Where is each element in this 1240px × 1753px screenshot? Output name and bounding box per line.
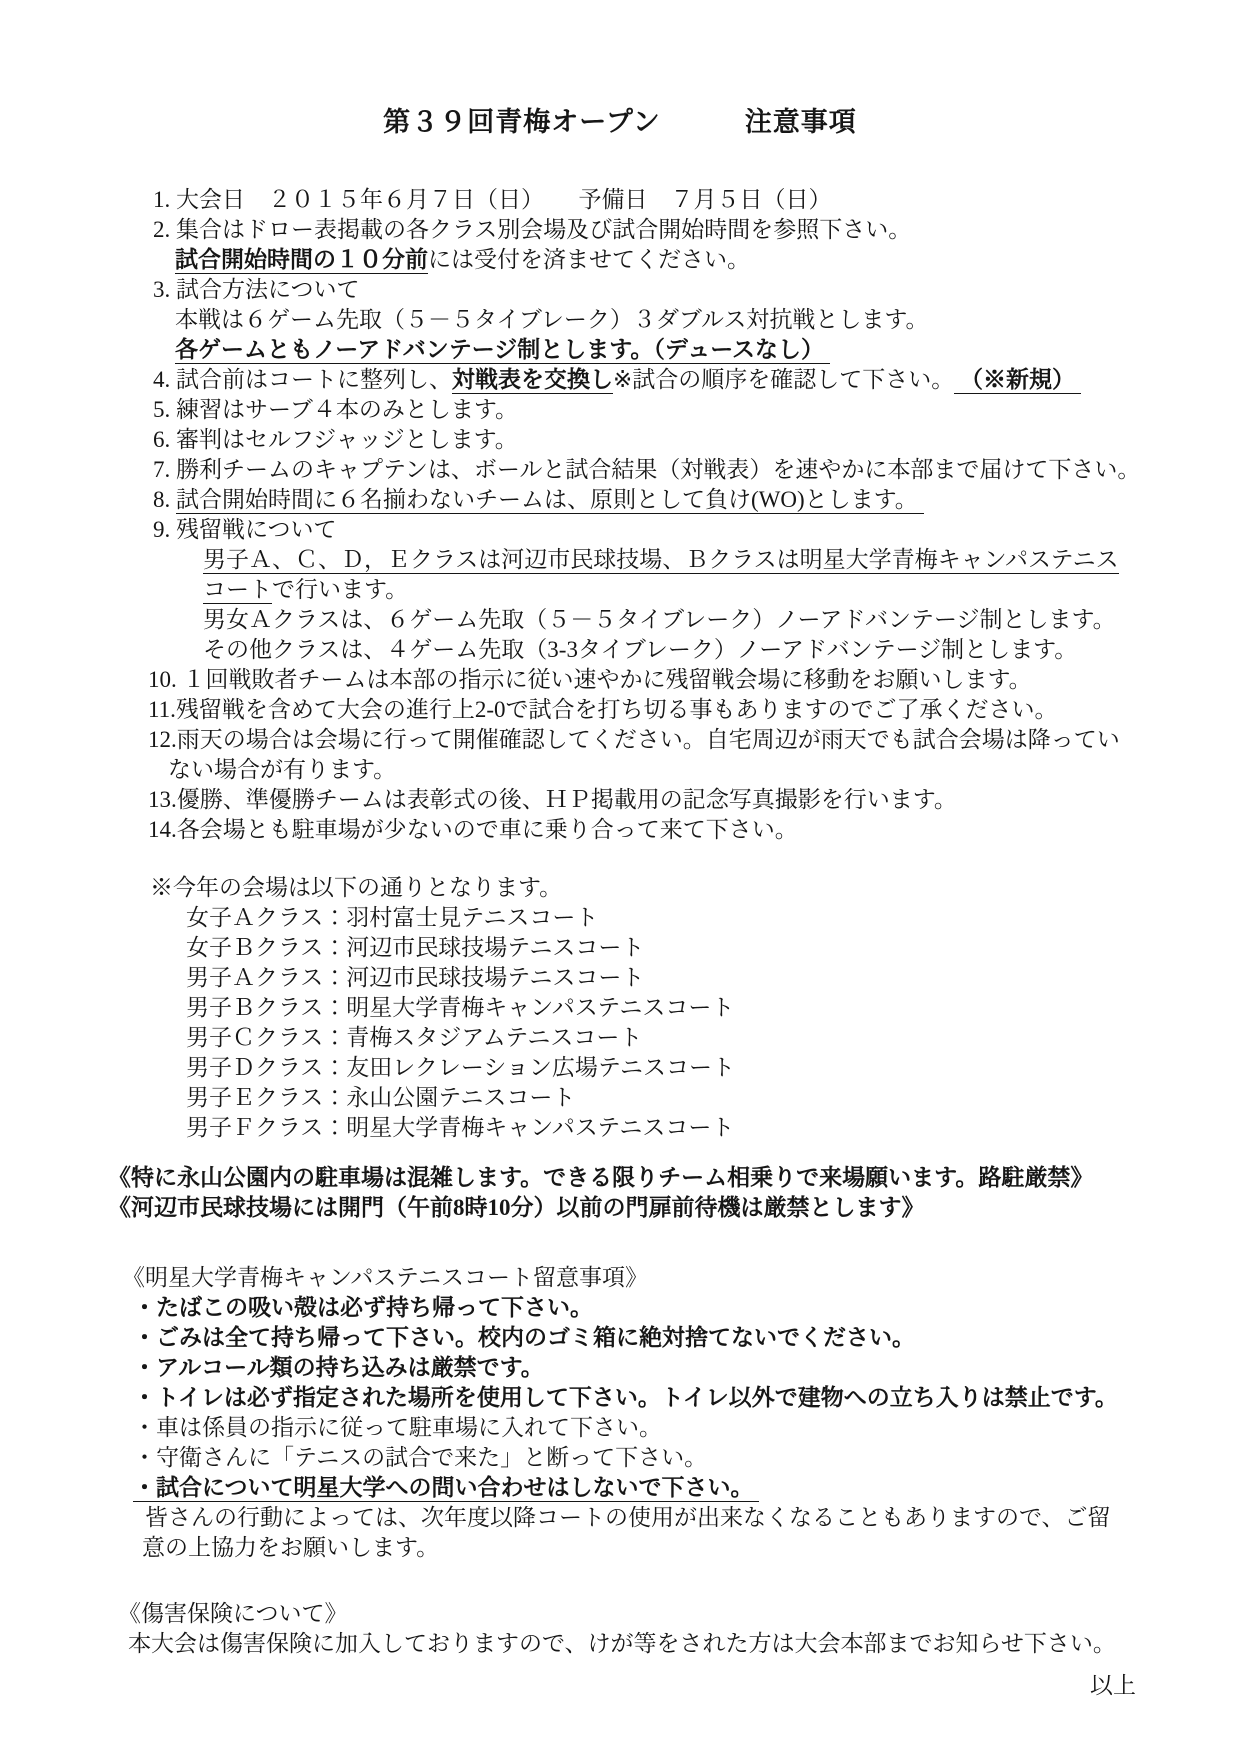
text-run: （※新規） bbox=[954, 367, 1081, 394]
list-item-8: 8. 試合開始時間に６名揃わないチームは、原則として負け(WO)とします。 bbox=[0, 485, 1240, 515]
text-run: 男女Ａクラスは、６ゲーム先取（５－５タイブレーク）ノーアドバンテージ制とします。 bbox=[203, 607, 1116, 632]
text-run: ・アルコール類の持ち込みは厳禁です。 bbox=[133, 1355, 544, 1380]
text-run: 女子Ａクラス：羽村富士見テニスコート bbox=[186, 905, 598, 930]
text-run: で行います。 bbox=[272, 577, 408, 602]
bullet-item: ・アルコール類の持ち込みは厳禁です。 bbox=[0, 1353, 1240, 1383]
list-item-9-continuation: 男子Ａ、Ｃ、Ｄ，Ｅクラスは河辺市民球技場、Ｂクラスは明星大学青梅キャンパステニス bbox=[0, 545, 1240, 575]
bullet-item: ・トイレは必ず指定された場所を使用して下さい。トイレ以外で建物への立ち入りは禁止… bbox=[0, 1383, 1240, 1413]
venue-item: 男子Ｂクラス：明星大学青梅キャンパステニスコート bbox=[0, 993, 1240, 1023]
text-run: コート bbox=[203, 577, 272, 604]
text-run: 男子Ａ、Ｃ、Ｄ，Ｅクラスは河辺市民球技場、Ｂクラスは明星大学青梅キャンパステニス bbox=[203, 547, 1119, 574]
text-run: 試合開始時間に６名揃わないチームは、原則として負け(WO)とします。 bbox=[176, 487, 924, 514]
page-title: 第３９回青梅オープン 注意事項 bbox=[0, 100, 1240, 139]
document-page: 第３９回青梅オープン 注意事項 1. 大会日 ２０１５年６月７日（日） 予備日 … bbox=[0, 0, 1240, 1753]
document-body: 1. 大会日 ２０１５年６月７日（日） 予備日 ７月５日（日）2. 集合はドロー… bbox=[0, 185, 1240, 1701]
text-run: 9. 残留戦について bbox=[153, 517, 337, 542]
gate-warning-note: 《河辺市民球技場には開門（午前8時10分）以前の門扉前待機は厳禁とします》 bbox=[0, 1193, 1240, 1223]
text-run: 男子Ｂクラス：明星大学青梅キャンパステニスコート bbox=[186, 995, 734, 1020]
text-run: ・トイレは必ず指定された場所を使用して下さい。トイレ以外で建物への立ち入りは禁止… bbox=[133, 1385, 1118, 1410]
text-run: 対戦表を交換し bbox=[452, 367, 613, 394]
bullet-item: ・車は係員の指示に従って駐車場に入れて下さい。 bbox=[0, 1413, 1240, 1443]
paragraph: 本大会は傷害保険に加入しておりますので、けが等をされた方は大会本部までお知らせ下… bbox=[0, 1629, 1240, 1659]
text-run: 以上 bbox=[1090, 1673, 1136, 1698]
text-run: 本戦は６ゲーム先取（５－５タイブレーク）３ダブルス対抗戦とします。 bbox=[175, 307, 928, 332]
venue-item: 男子Ｄクラス：友田レクレーション広場テニスコート bbox=[0, 1053, 1240, 1083]
venue-item: 男子Ｃクラス：青梅スタジアムテニスコート bbox=[0, 1023, 1240, 1053]
text-run: ・車は係員の指示に従って駐車場に入れて下さい。 bbox=[133, 1415, 662, 1440]
text-run: 《傷害保険について》 bbox=[118, 1601, 348, 1626]
text-run: ・たばこの吸い殻は必ず持ち帰って下さい。 bbox=[133, 1295, 593, 1320]
text-run: 皆さんの行動によっては、次年度以降コートの使用が出来なくなることもありますので、… bbox=[145, 1505, 1111, 1530]
text-run: 試合開始時間の１０分前 bbox=[175, 247, 428, 274]
text-run: その他クラスは、４ゲーム先取（3-3タイブレーク）ノーアドバンテージ制とします。 bbox=[203, 637, 1077, 662]
list-item-2-continuation: 試合開始時間の１０分前には受付を済ませてください。 bbox=[0, 245, 1240, 275]
text-run: 3. 試合方法について bbox=[153, 277, 360, 302]
venue-item: 女子Ｂクラス：河辺市民球技場テニスコート bbox=[0, 933, 1240, 963]
text-run: 男子Ｄクラス：友田レクレーション広場テニスコート bbox=[186, 1055, 735, 1080]
text-run: 6. 審判はセルフジャッジとします。 bbox=[153, 427, 518, 452]
text-run: ない場合が有ります。 bbox=[168, 757, 396, 782]
text-run: 男子Ｆクラス：明星大学青梅キャンパステニスコート bbox=[186, 1115, 734, 1140]
text-run: ・守衛さんに「テニスの試合で来た」と断って下さい。 bbox=[133, 1445, 707, 1470]
text-run: 11.残留戦を含めて大会の進行上2-0で試合を打ち切る事もありますのでご了承くだ… bbox=[148, 697, 1058, 722]
text-run: 1. 大会日 ２０１５年６月７日（日） 予備日 ７月５日（日） bbox=[153, 187, 832, 212]
list-item-5: 5. 練習はサーブ４本のみとします。 bbox=[0, 395, 1240, 425]
text-run: 各ゲームともノーアドバンテージ制とします。（デュースなし） bbox=[175, 337, 830, 364]
list-item-1: 1. 大会日 ２０１５年６月７日（日） 予備日 ７月５日（日） bbox=[0, 185, 1240, 215]
list-item-9-continuation: 男女Ａクラスは、６ゲーム先取（５－５タイブレーク）ノーアドバンテージ制とします。 bbox=[0, 605, 1240, 635]
list-item-2: 2. 集合はドロー表掲載の各クラス別会場及び試合開始時間を参照下さい。 bbox=[0, 215, 1240, 245]
text-run: 本大会は傷害保険に加入しておりますので、けが等をされた方は大会本部までお知らせ下… bbox=[128, 1631, 1116, 1656]
text-run: 12.雨天の場合は会場に行って開催確認してください。自宅周辺が雨天でも試合会場は… bbox=[148, 727, 1120, 752]
text-run: ※今年の会場は以下の通りとなります。 bbox=[150, 875, 562, 900]
text-run: 《明星大学青梅キャンパステニスコート留意事項》 bbox=[122, 1265, 648, 1290]
list-item-4: 4. 試合前はコートに整列し、対戦表を交換し※試合の順序を確認して下さい。 （※… bbox=[0, 365, 1240, 395]
list-item-6: 6. 審判はセルフジャッジとします。 bbox=[0, 425, 1240, 455]
list-item-3-continuation: 本戦は６ゲーム先取（５－５タイブレーク）３ダブルス対抗戦とします。 bbox=[0, 305, 1240, 335]
text-run: 2. 集合はドロー表掲載の各クラス別会場及び試合開始時間を参照下さい。 bbox=[153, 217, 911, 242]
text-run: 10. １回戦敗者チームは本部の指示に従い速やかに残留戦会場に移動をお願いします… bbox=[148, 667, 1032, 692]
bullet-item: ・たばこの吸い殻は必ず持ち帰って下さい。 bbox=[0, 1293, 1240, 1323]
parking-warning-note: 《特に永山公園内の駐車場は混雑します。できる限りチーム相乗りで来場願います。路駐… bbox=[0, 1163, 1240, 1193]
bullet-item: ・試合について明星大学への問い合わせはしないで下さい。 bbox=[0, 1473, 1240, 1503]
list-item-9-continuation: その他クラスは、４ゲーム先取（3-3タイブレーク）ノーアドバンテージ制とします。 bbox=[0, 635, 1240, 665]
text-run: 13.優勝、準優勝チームは表彰式の後、ＨＰ掲載用の記念写真撮影を行います。 bbox=[148, 787, 957, 812]
text-run: ※試合の順序を確認して下さい。 bbox=[613, 367, 954, 392]
list-item-11: 11.残留戦を含めて大会の進行上2-0で試合を打ち切る事もありますのでご了承くだ… bbox=[0, 695, 1240, 725]
list-item-3: 3. 試合方法について bbox=[0, 275, 1240, 305]
venue-item: 男子Ａクラス：河辺市民球技場テニスコート bbox=[0, 963, 1240, 993]
text-run: 《河辺市民球技場には開門（午前8時10分）以前の門扉前待機は厳禁とします》 bbox=[108, 1195, 925, 1220]
text-run: ・ごみは全て持ち帰って下さい。校内のゴミ箱に絶対捨てないでください。 bbox=[133, 1325, 915, 1350]
list-item-3-continuation: 各ゲームともノーアドバンテージ制とします。（デュースなし） bbox=[0, 335, 1240, 365]
list-item-12: 12.雨天の場合は会場に行って開催確認してください。自宅周辺が雨天でも試合会場は… bbox=[0, 725, 1240, 755]
text-run: 意の上協力をお願いします。 bbox=[142, 1535, 439, 1560]
text-run: 8. bbox=[153, 487, 176, 512]
list-item-10: 10. １回戦敗者チームは本部の指示に従い速やかに残留戦会場に移動をお願いします… bbox=[0, 665, 1240, 695]
text-run: 男子Ｃクラス：青梅スタジアムテニスコート bbox=[186, 1025, 642, 1050]
text-run: 《特に永山公園内の駐車場は混雑します。できる限りチーム相乗りで来場願います。路駐… bbox=[108, 1165, 1093, 1190]
list-item-9-continuation: コートで行います。 bbox=[0, 575, 1240, 605]
text-run: 男子Ｅクラス：永山公園テニスコート bbox=[186, 1085, 575, 1110]
closing: 以上 bbox=[0, 1671, 1240, 1701]
list-item-13: 13.優勝、準優勝チームは表彰式の後、ＨＰ掲載用の記念写真撮影を行います。 bbox=[0, 785, 1240, 815]
bullet-item: ・守衛さんに「テニスの試合で来た」と断って下さい。 bbox=[0, 1443, 1240, 1473]
section-heading-insurance: 《傷害保険について》 bbox=[0, 1599, 1240, 1629]
text-run: には受付を済ませてください。 bbox=[428, 247, 750, 272]
venue-item: 女子Ａクラス：羽村富士見テニスコート bbox=[0, 903, 1240, 933]
venues-intro-note: ※今年の会場は以下の通りとなります。 bbox=[0, 873, 1240, 903]
text-run: 4. 試合前はコートに整列し、 bbox=[153, 367, 452, 392]
list-item-9: 9. 残留戦について bbox=[0, 515, 1240, 545]
text-run: 男子Ａクラス：河辺市民球技場テニスコート bbox=[186, 965, 644, 990]
list-item-7: 7. 勝利チームのキャプテンは、ボールと試合結果（対戦表）を速やかに本部まで届け… bbox=[0, 455, 1240, 485]
text-run: 14.各会場とも駐車場が少ないので車に乗り合って来て下さい。 bbox=[148, 817, 798, 842]
bullet-item: ・ごみは全て持ち帰って下さい。校内のゴミ箱に絶対捨てないでください。 bbox=[0, 1323, 1240, 1353]
text-run: 7. 勝利チームのキャプテンは、ボールと試合結果（対戦表）を速やかに本部まで届け… bbox=[153, 457, 1140, 482]
section-heading-meisei: 《明星大学青梅キャンパステニスコート留意事項》 bbox=[0, 1263, 1240, 1293]
paragraph: 皆さんの行動によっては、次年度以降コートの使用が出来なくなることもありますので、… bbox=[0, 1503, 1240, 1533]
text-run: 女子Ｂクラス：河辺市民球技場テニスコート bbox=[186, 935, 644, 960]
venue-item: 男子Ｆクラス：明星大学青梅キャンパステニスコート bbox=[0, 1113, 1240, 1143]
paragraph: 意の上協力をお願いします。 bbox=[0, 1533, 1240, 1563]
list-item-12-continuation: ない場合が有ります。 bbox=[0, 755, 1240, 785]
text-run: 5. 練習はサーブ４本のみとします。 bbox=[153, 397, 518, 422]
list-item-14: 14.各会場とも駐車場が少ないので車に乗り合って来て下さい。 bbox=[0, 815, 1240, 845]
venue-item: 男子Ｅクラス：永山公園テニスコート bbox=[0, 1083, 1240, 1113]
text-run: ・試合について明星大学への問い合わせはしないで下さい。 bbox=[133, 1475, 759, 1502]
